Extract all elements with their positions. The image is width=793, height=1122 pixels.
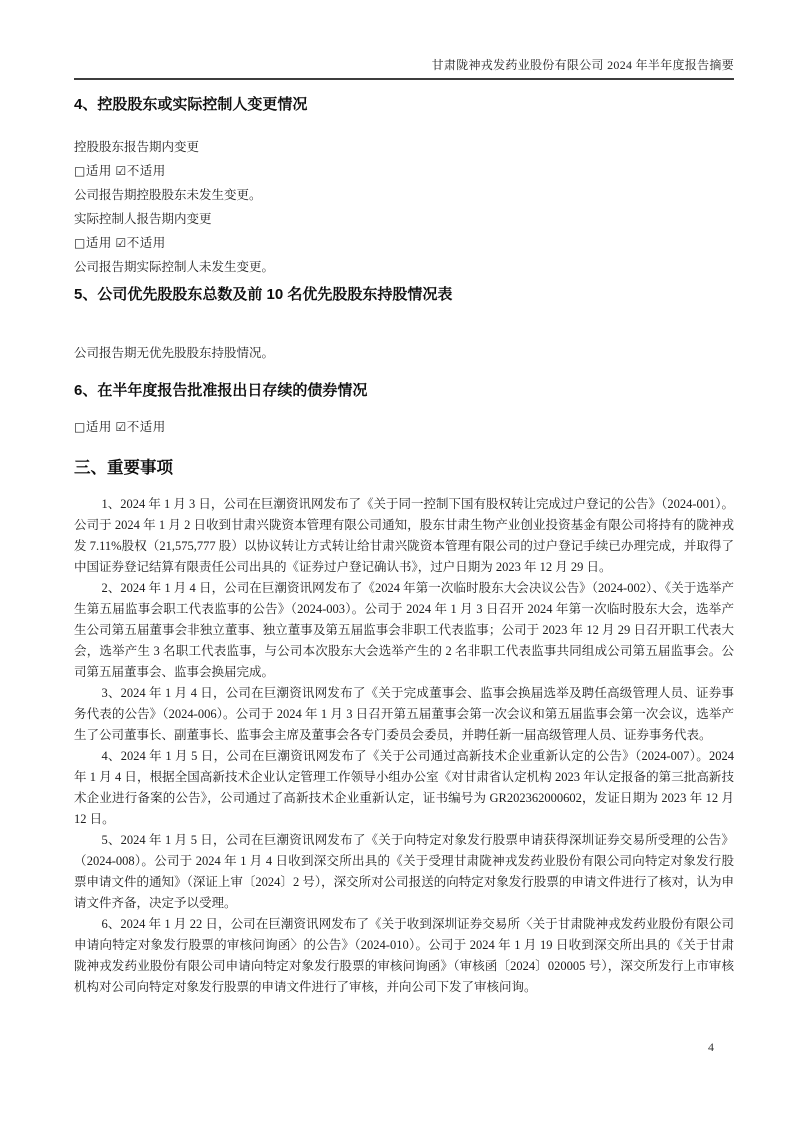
controlling-shareholder-applicability-line: □适用 ☑不适用	[74, 159, 734, 183]
page-number: 4	[708, 1040, 714, 1055]
section-5-heading: 5、公司优先股股东总数及前 10 名优先股股东持股情况表	[74, 285, 734, 305]
actual-controller-applicability-line: □适用 ☑不适用	[74, 231, 734, 255]
not-applicable-label: 不适用	[127, 236, 166, 250]
section-4-body: 控股股东报告期内变更 □适用 ☑不适用 公司报告期控股股东未发生变更。 实际控制…	[74, 135, 734, 279]
page-body: 4、控股股东或实际控制人变更情况 控股股东报告期内变更 □适用 ☑不适用 公司报…	[74, 80, 734, 998]
checkbox-unchecked-icon: □	[74, 420, 86, 434]
controlling-shareholder-note: 公司报告期控股股东未发生变更。	[74, 183, 734, 207]
checkbox-unchecked-icon: □	[74, 236, 86, 250]
document-title: 甘肃陇神戎发药业股份有限公司 2024 年半年度报告摘要	[432, 58, 734, 72]
preferred-shares-note: 公司报告期无优先股股东持股情况。	[74, 343, 734, 364]
important-matters-paragraph: 3、2024 年 1 月 4 日，公司在巨潮资讯网发布了《关于完成董事会、监事会…	[74, 683, 734, 746]
important-matters-paragraph: 6、2024 年 1 月 22 日，公司在巨潮资讯网发布了《关于收到深圳证券交易…	[74, 914, 734, 998]
checkbox-checked-icon: ☑	[115, 164, 126, 178]
section-6-heading: 6、在半年度报告批准报出日存续的债券情况	[74, 381, 734, 401]
important-matters-paragraph: 5、2024 年 1 月 5 日，公司在巨潮资讯网发布了《关于向特定对象发行股票…	[74, 830, 734, 914]
actual-controller-change-label: 实际控制人报告期内变更	[74, 207, 734, 231]
not-applicable-label: 不适用	[127, 420, 166, 434]
important-matters-body: 1、2024 年 1 月 3 日，公司在巨潮资讯网发布了《关于同一控制下国有股权…	[74, 494, 734, 998]
report-page: 甘肃陇神戎发药业股份有限公司 2024 年半年度报告摘要 4、控股股东或实际控制…	[0, 0, 793, 1122]
page-header: 甘肃陇神戎发药业股份有限公司 2024 年半年度报告摘要	[74, 56, 734, 80]
checkbox-unchecked-icon: □	[74, 164, 86, 178]
important-matters-paragraph: 1、2024 年 1 月 3 日，公司在巨潮资讯网发布了《关于同一控制下国有股权…	[74, 494, 734, 578]
controlling-shareholder-change-label: 控股股东报告期内变更	[74, 135, 734, 159]
important-matters-paragraph: 2、2024 年 1 月 4 日，公司在巨潮资讯网发布了《2024 年第一次临时…	[74, 578, 734, 683]
applicable-label: 适用	[86, 236, 112, 250]
applicable-label: 适用	[86, 164, 112, 178]
not-applicable-label: 不适用	[127, 164, 166, 178]
actual-controller-note: 公司报告期实际控制人未发生变更。	[74, 255, 734, 279]
checkbox-checked-icon: ☑	[115, 236, 126, 250]
bonds-applicability-line: □适用 ☑不适用	[74, 417, 734, 438]
checkbox-checked-icon: ☑	[115, 420, 126, 434]
section-4-heading: 4、控股股东或实际控制人变更情况	[74, 95, 734, 115]
important-matters-paragraph: 4、2024 年 1 月 5 日，公司在巨潮资讯网发布了《关于公司通过高新技术企…	[74, 746, 734, 830]
applicable-label: 适用	[86, 420, 112, 434]
important-matters-heading: 三、重要事项	[74, 457, 734, 479]
